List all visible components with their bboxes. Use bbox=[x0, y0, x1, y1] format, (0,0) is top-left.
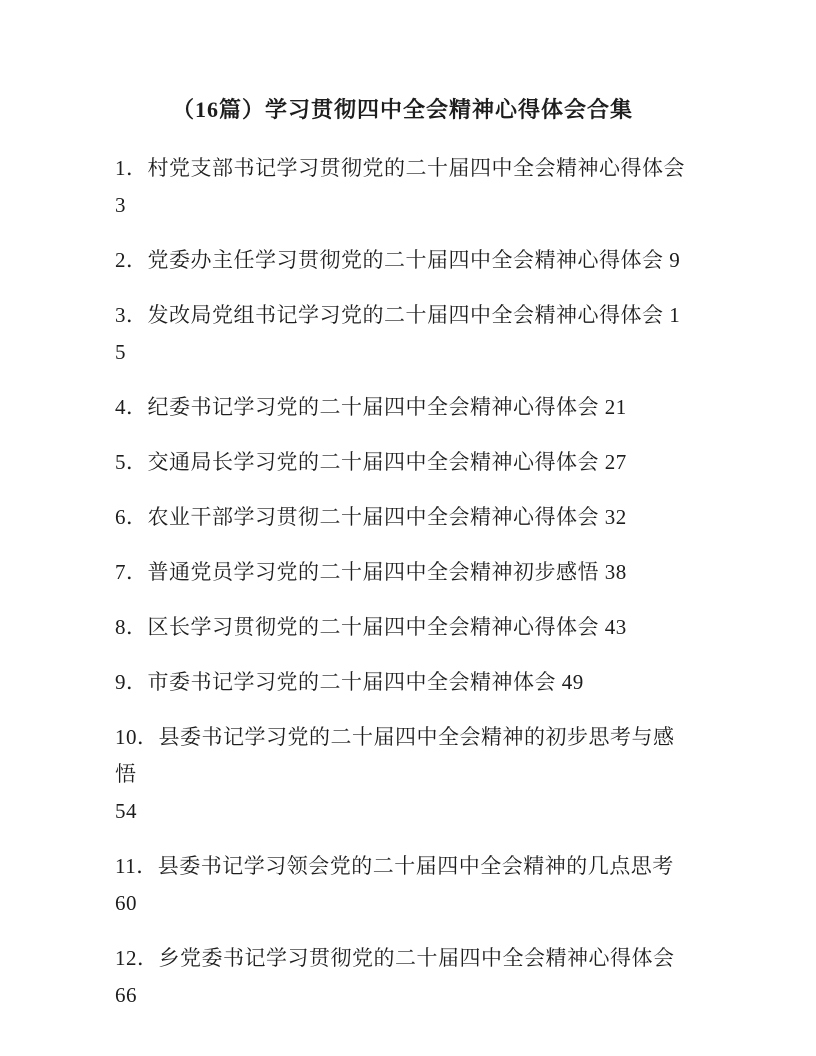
toc-item: 12．乡党委书记学习贯彻党的二十届四中全会精神心得体会 66 bbox=[115, 940, 691, 1014]
toc-item: 10．县委书记学习党的二十届四中全会精神的初步思考与感悟 54 bbox=[115, 719, 691, 830]
toc-list: 1．村党支部书记学习贯彻党的二十届四中全会精神心得体会 32．党委办主任学习贯彻… bbox=[115, 150, 691, 1014]
toc-item: 11．县委书记学习领会党的二十届四中全会精神的几点思考 60 bbox=[115, 848, 691, 922]
toc-item: 8．区长学习贯彻党的二十届四中全会精神心得体会 43 bbox=[115, 609, 691, 646]
toc-item: 2．党委办主任学习贯彻党的二十届四中全会精神心得体会 9 bbox=[115, 242, 691, 279]
toc-item: 1．村党支部书记学习贯彻党的二十届四中全会精神心得体会 3 bbox=[115, 150, 691, 224]
toc-item: 4．纪委书记学习党的二十届四中全会精神心得体会 21 bbox=[115, 389, 691, 426]
toc-item: 5．交通局长学习党的二十届四中全会精神心得体会 27 bbox=[115, 444, 691, 481]
toc-item: 7．普通党员学习党的二十届四中全会精神初步感悟 38 bbox=[115, 554, 691, 591]
toc-item: 3．发改局党组书记学习党的二十届四中全会精神心得体会 15 bbox=[115, 297, 691, 371]
toc-item: 6．农业干部学习贯彻二十届四中全会精神心得体会 32 bbox=[115, 499, 691, 536]
document-title: （16篇）学习贯彻四中全会精神心得体会合集 bbox=[115, 88, 690, 132]
document-page: （16篇）学习贯彻四中全会精神心得体会合集 1．村党支部书记学习贯彻党的二十届四… bbox=[0, 0, 816, 1056]
toc-item: 9．市委书记学习党的二十届四中全会精神体会 49 bbox=[115, 664, 691, 701]
